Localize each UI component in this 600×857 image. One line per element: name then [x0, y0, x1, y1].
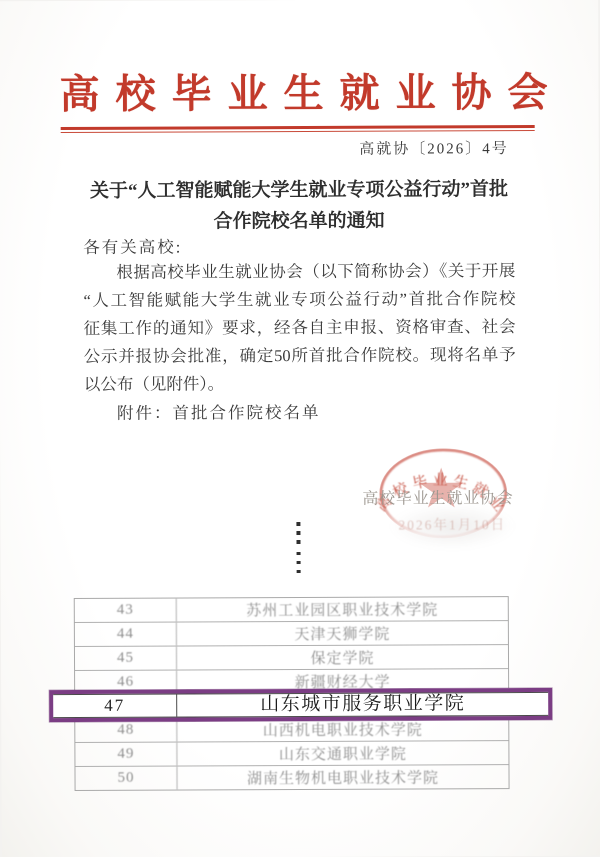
body-line: 根据高校毕业生就业协会（以下简称协会）《关于开展 [83, 257, 515, 287]
row-number-cell: 44 [75, 623, 177, 646]
highlighted-table-row: 47 山东城市服务职业学院 [53, 692, 548, 718]
notice-title-line1: 关于“人工智能赋能大学生就业专项公益行动”首批 [39, 174, 559, 207]
table-row: 45 保定学院 [75, 644, 508, 670]
omission-dot [297, 561, 301, 565]
issue-date: 2026年1月10日 [398, 513, 506, 533]
row-number-cell: 49 [75, 743, 177, 766]
school-name-cell: 山东城市服务职业学院 [177, 693, 548, 717]
school-name-cell: 湖南生物机电职业技术学院 [177, 765, 508, 789]
body-paragraph: 根据高校毕业生就业协会（以下简称协会）《关于开展 “人工智能赋能大学生就业专项公… [83, 257, 516, 399]
body-line: 公示并报协会批准，确定50所首批合作院校。现将名单予 [84, 341, 516, 371]
school-name-cell: 苏州工业园区职业技术学院 [177, 597, 508, 621]
salutation: 各有关高校: [83, 234, 182, 258]
body-line: “人工智能赋能大学生就业专项公益行动”首批合作院校 [83, 285, 515, 315]
row-number-cell: 47 [53, 695, 176, 718]
document-number: 高就协〔2026〕4号 [359, 137, 509, 159]
school-name-cell: 天津天狮学院 [177, 621, 508, 645]
separator-line-thin [61, 129, 535, 133]
omission-dot [297, 570, 301, 574]
omitted-rows-indicator [296, 522, 300, 579]
table-row: 43 苏州工业园区职业技术学院 [75, 597, 508, 622]
table-row: 44 天津天狮学院 [75, 620, 508, 646]
notice-title: 关于“人工智能赋能大学生就业专项公益行动”首批 合作院校名单的通知 [39, 174, 559, 238]
row-number-cell: 43 [75, 599, 177, 622]
table-row: 50 湖南生物机电职业技术学院 [75, 764, 508, 790]
school-name-cell: 保定学院 [177, 645, 508, 669]
document-page: 高校毕业生就业协会 高就协〔2026〕4号 关于“人工智能赋能大学生就业专项公益… [0, 0, 600, 857]
letterhead-org-title: 高校毕业生就业协会 [0, 71, 599, 118]
body-line: 以公布（见附件）。 [84, 369, 516, 399]
attachment-note: 附件：首批合作院校名单 [84, 398, 516, 424]
table-row: 49 山东交通职业学院 [75, 740, 508, 766]
row-number-cell: 48 [75, 719, 177, 742]
omission-dot [297, 552, 301, 556]
omission-dot [296, 540, 300, 544]
omission-dot [296, 531, 300, 535]
body-line: 征集工作的通知》要求，经各自主申报、资格审查、社会 [84, 313, 516, 343]
highlight-frame: 47 山东城市服务职业学院 [49, 688, 552, 722]
letterhead-separator-line [61, 125, 535, 134]
row-number-cell: 45 [75, 647, 177, 670]
issuer-name: 高校毕业生就业协会 [362, 485, 513, 509]
row-number-cell: 50 [75, 767, 177, 790]
official-seal: 高校毕业生就业协会 高校毕业生就业协会 2026年1月10日 [350, 429, 571, 560]
school-name-cell: 山东交通职业学院 [177, 741, 508, 765]
omission-dot [296, 522, 300, 526]
